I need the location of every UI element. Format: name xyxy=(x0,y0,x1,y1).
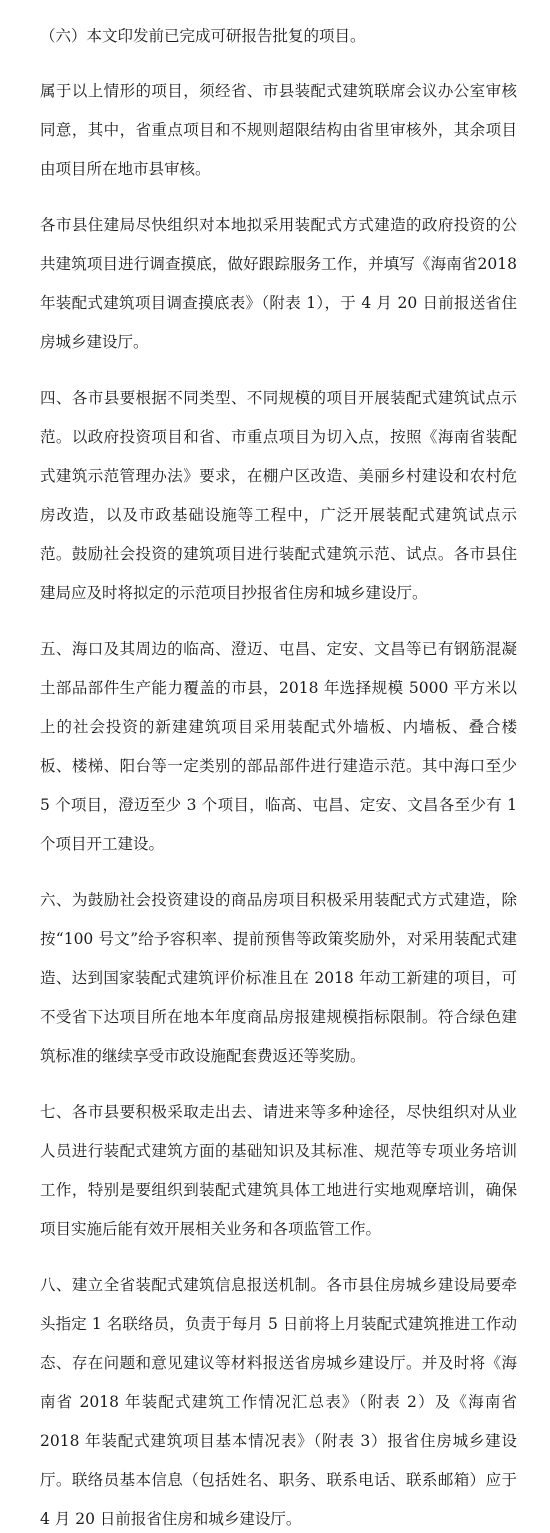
document-page: （六）本文印发前已完成可研报告批复的项目。 属于以上情形的项目，须经省、市县装配… xyxy=(0,0,550,1533)
paragraph-section-six: 六、为鼓励社会投资建设的商品房项目积极采用装配式方式建造，除按“100 号文”给… xyxy=(40,881,517,1076)
paragraph-section-eight: 八、建立全省装配式建筑信息报送机制。各市县住房城乡建设局要牵头指定 1 名联络员… xyxy=(40,1266,517,1533)
paragraph-survey-projects: 各市县住建局尽快组织对本地拟采用装配式方式建造的政府投资的公共建筑项目进行调查摸… xyxy=(40,206,517,362)
paragraph-section-seven: 七、各市县要积极采取走出去、请进来等多种途径，尽快组织对从业人员进行装配式建筑方… xyxy=(40,1093,517,1249)
paragraph-section-five: 五、海口及其周边的临高、澄迈、屯昌、定安、文昌等已有钢筋混凝土部品部件生产能力覆… xyxy=(40,630,517,864)
paragraph-review-approval: 属于以上情形的项目，须经省、市县装配式建筑联席会议办公室审核同意，其中，省重点项… xyxy=(40,72,517,189)
paragraph-section-four: 四、各市县要根据不同类型、不同规模的项目开展装配式建筑试点示范。以政府投资项目和… xyxy=(40,379,517,613)
paragraph-item-six-sub: （六）本文印发前已完成可研报告批复的项目。 xyxy=(40,17,517,56)
